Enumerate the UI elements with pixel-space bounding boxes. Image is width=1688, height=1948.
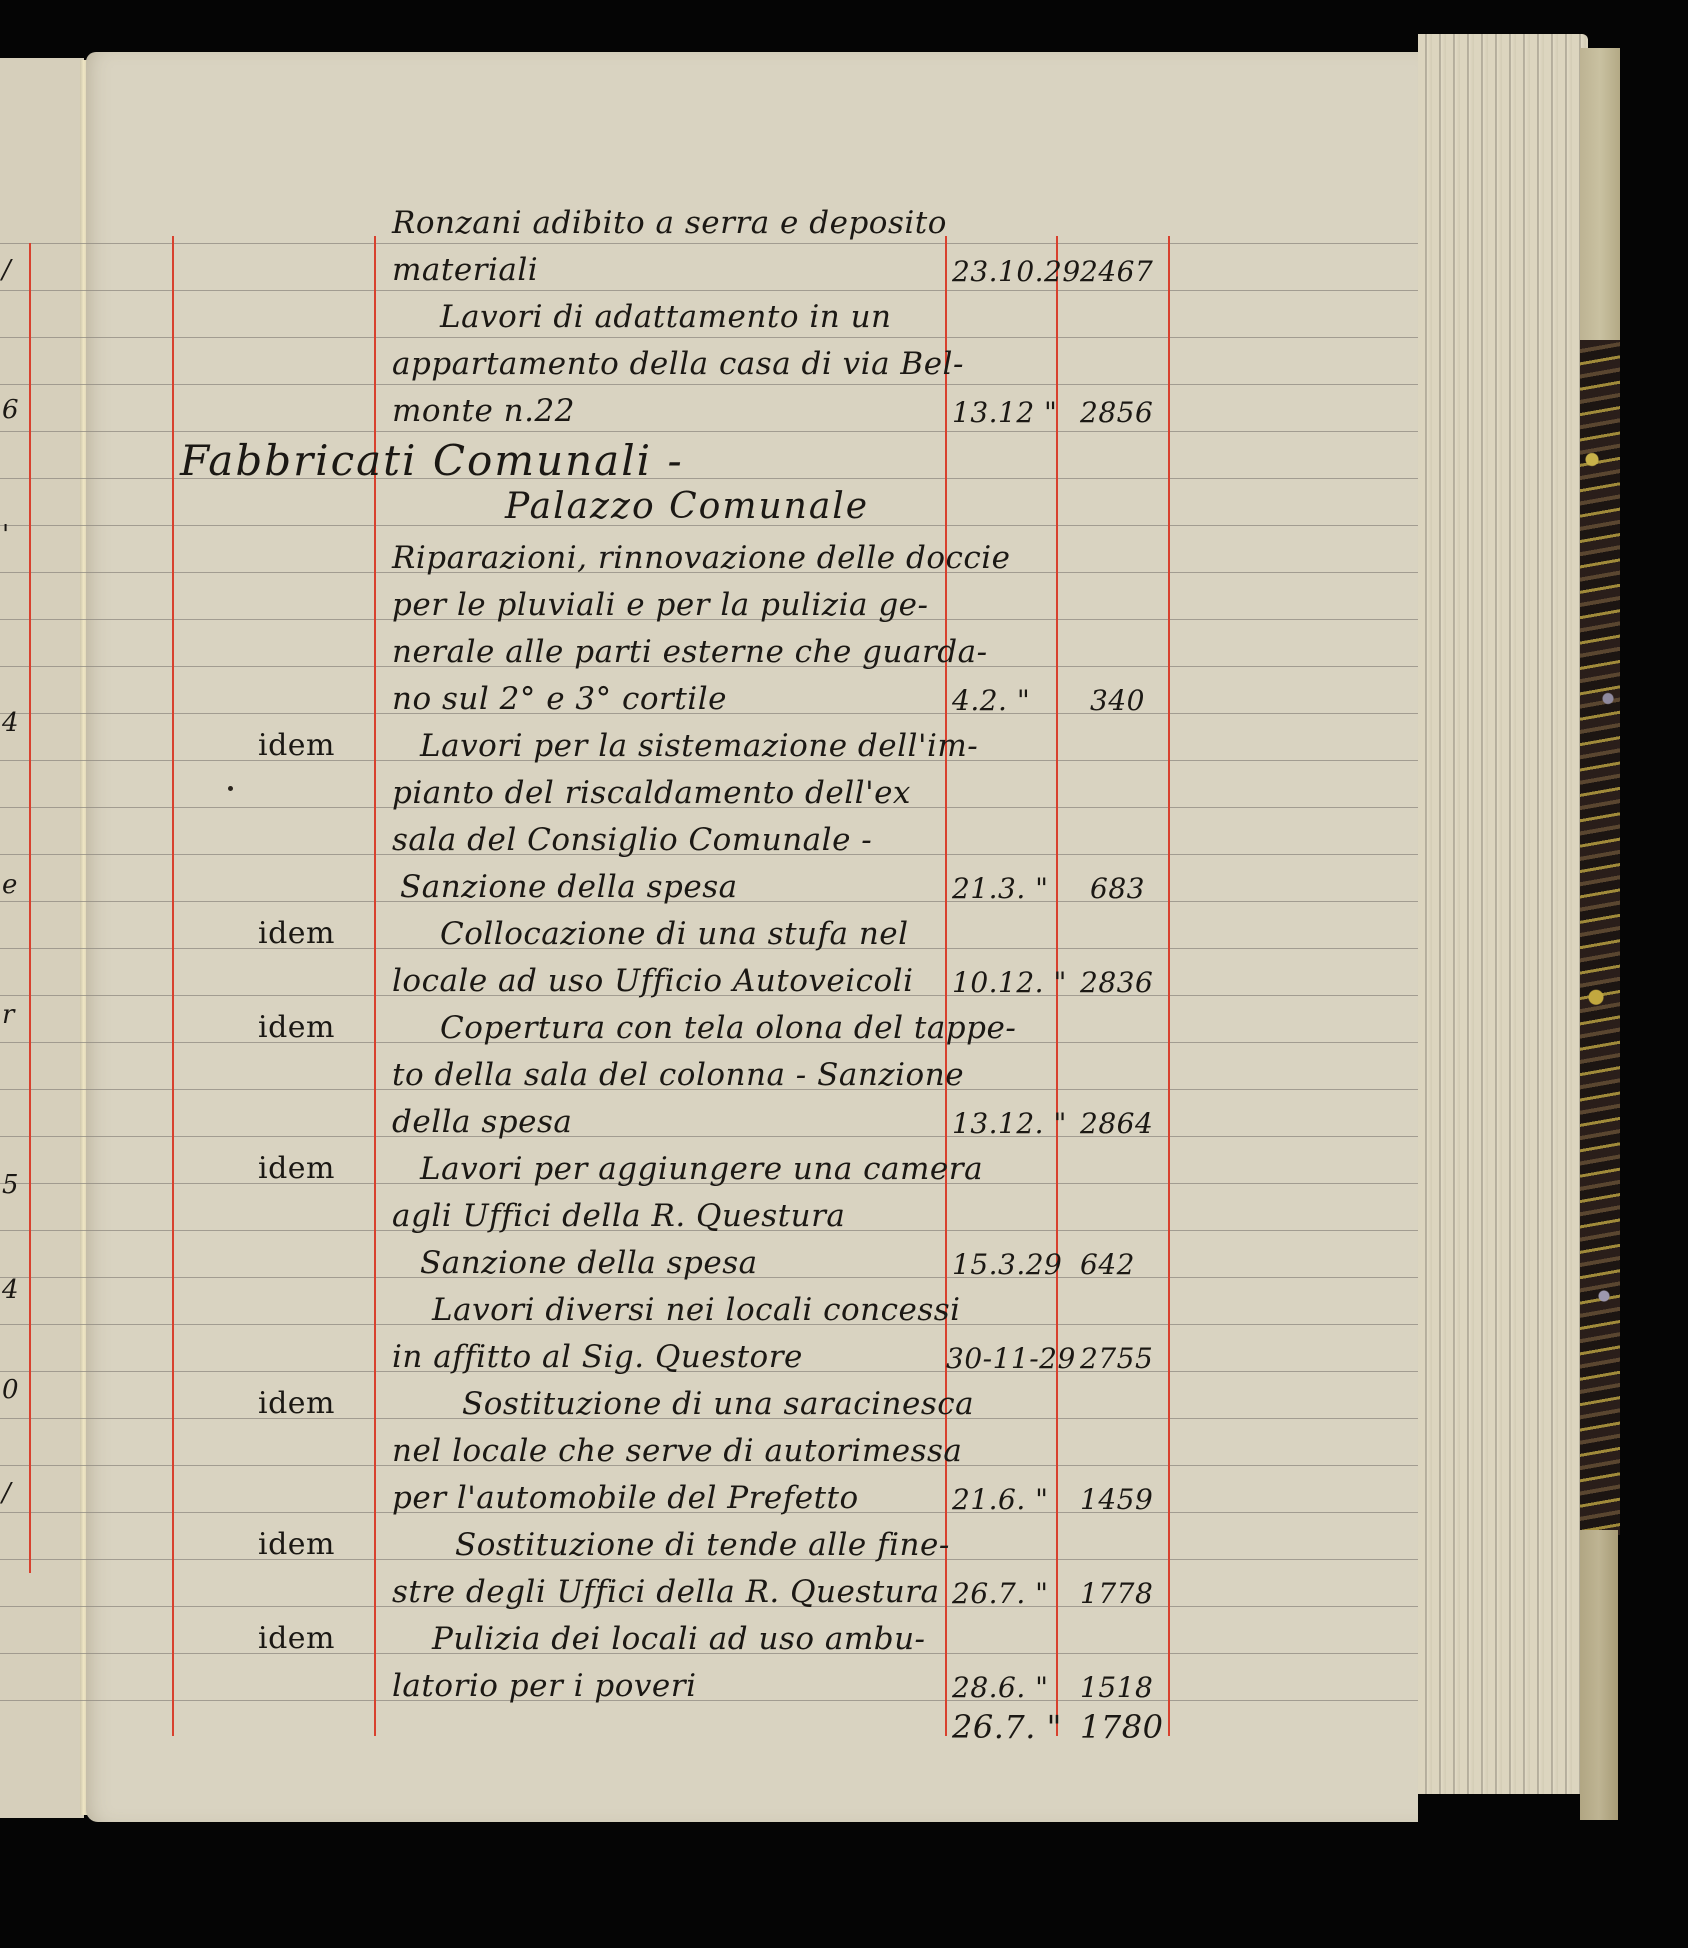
left-page-fragment bbox=[0, 58, 84, 1818]
entry-number: 1459 bbox=[1080, 1483, 1153, 1516]
entry-number: 2864 bbox=[1080, 1107, 1153, 1140]
left-page-mark: 4 bbox=[2, 1275, 19, 1305]
left-page-mark: 5 bbox=[2, 1170, 19, 1200]
entry-line: Lavori diversi nei locali concessi bbox=[432, 1292, 961, 1328]
entry-line: locale ad uso Ufficio Autoveicoli bbox=[392, 963, 914, 999]
entry-date: 26.7. " bbox=[952, 1577, 1049, 1610]
entry-number: 2467 bbox=[1080, 255, 1153, 288]
page-edges-stack bbox=[1418, 34, 1588, 1794]
entry-line: per l'automobile del Prefetto bbox=[392, 1480, 859, 1516]
ruled-line bbox=[0, 384, 1418, 385]
entry-number: 1518 bbox=[1080, 1671, 1153, 1704]
left-page-mark: e bbox=[2, 870, 18, 900]
left-page-mark: 6 bbox=[2, 395, 19, 425]
entry-number: 2856 bbox=[1080, 396, 1153, 429]
entry-line: Sanzione della spesa bbox=[400, 869, 738, 905]
entry-line: monte n.22 bbox=[392, 393, 575, 429]
entry-line: pianto del riscaldamento dell'ex bbox=[392, 775, 911, 811]
entry-number: 2836 bbox=[1080, 966, 1153, 999]
category-idem: idem bbox=[258, 916, 335, 951]
left-page-red-rule bbox=[29, 243, 31, 1573]
entry-date: 21.6. " bbox=[952, 1483, 1049, 1516]
entry-number: 683 bbox=[1090, 872, 1145, 905]
ledger-book: / 6 ' 4 e r 5 4 0 / Fabbricati Comunali … bbox=[0, 0, 1688, 1948]
ruled-line bbox=[0, 290, 1418, 291]
entry-line: della spesa bbox=[392, 1104, 572, 1140]
red-column-rule bbox=[172, 236, 174, 1736]
entry-line: Pulizia dei locali ad uso ambu- bbox=[432, 1621, 926, 1657]
left-page-mark: / bbox=[2, 255, 11, 285]
entry-line: in affitto al Sig. Questore bbox=[392, 1339, 803, 1375]
category-idem: idem bbox=[258, 1386, 335, 1421]
ruled-line bbox=[0, 431, 1418, 432]
entry-line: nerale alle parti esterne che guarda- bbox=[392, 634, 988, 670]
category-idem: idem bbox=[258, 1527, 335, 1562]
ink-dot bbox=[228, 786, 233, 791]
entry-line: Ronzani adibito a serra e deposito bbox=[392, 205, 947, 241]
entry-date: 21.3. " bbox=[952, 872, 1049, 905]
section-subheading: Palazzo Comunale bbox=[505, 486, 869, 527]
cover-leather-top bbox=[1580, 48, 1620, 343]
entry-line: Lavori per aggiungere una camera bbox=[420, 1151, 983, 1187]
category-idem: idem bbox=[258, 1621, 335, 1656]
entry-line: to della sala del colonna - Sanzione bbox=[392, 1057, 964, 1093]
entry-number: 1780 bbox=[1080, 1708, 1163, 1746]
entry-date: 28.6. " bbox=[952, 1671, 1049, 1704]
entry-line: Lavori per la sistemazione dell'im- bbox=[420, 728, 978, 764]
left-page-mark: 0 bbox=[2, 1375, 19, 1405]
entry-line: per le pluviali e per la pulizia ge- bbox=[392, 587, 929, 623]
entry-line: Sostituzione di una saracinesca bbox=[462, 1386, 974, 1422]
entry-line: Collocazione di una stufa nel bbox=[440, 916, 909, 952]
entry-number: 642 bbox=[1080, 1248, 1135, 1281]
entry-line: agli Uffici della R. Questura bbox=[392, 1198, 845, 1234]
entry-line: Copertura con tela olona del tappe- bbox=[440, 1010, 1016, 1046]
entry-line: latorio per i poveri bbox=[392, 1668, 697, 1704]
entry-date: 10.12. " bbox=[952, 966, 1067, 999]
entry-line: nel locale che serve di autorimessa bbox=[392, 1433, 962, 1469]
ruled-line bbox=[0, 1136, 1418, 1137]
category-idem: idem bbox=[258, 1010, 335, 1045]
entry-number: 340 bbox=[1090, 684, 1145, 717]
entry-date: 30-11-29 bbox=[946, 1342, 1076, 1375]
left-page-mark: 4 bbox=[2, 708, 19, 738]
ruled-line bbox=[0, 243, 1418, 244]
entry-date: 4.2. " bbox=[952, 684, 1030, 717]
entry-date: 26.7. " bbox=[952, 1708, 1062, 1746]
entry-date: 23.10.29 bbox=[952, 255, 1081, 288]
entry-line: materiali bbox=[392, 252, 538, 288]
left-page-mark: ' bbox=[2, 520, 10, 550]
ruled-line bbox=[0, 337, 1418, 338]
entry-date: 13.12 " bbox=[952, 396, 1057, 429]
cover-marbled-board bbox=[1580, 340, 1620, 1535]
red-column-rule bbox=[945, 236, 947, 1736]
entry-number: 1778 bbox=[1080, 1577, 1153, 1610]
red-column-rule bbox=[1168, 236, 1170, 1736]
entry-line: no sul 2° e 3° cortile bbox=[392, 681, 727, 717]
entry-date: 15.3.29 bbox=[952, 1248, 1062, 1281]
entry-line: stre degli Uffici della R. Questura bbox=[392, 1574, 939, 1610]
entry-date: 13.12. " bbox=[952, 1107, 1067, 1140]
entry-line: Sostituzione di tende alle fine- bbox=[455, 1527, 950, 1563]
category-idem: idem bbox=[258, 728, 335, 763]
entry-line: sala del Consiglio Comunale - bbox=[392, 822, 872, 858]
entry-line: Lavori di adattamento in un bbox=[440, 299, 892, 335]
category-idem: idem bbox=[258, 1151, 335, 1186]
left-page-mark: r bbox=[2, 1000, 15, 1030]
entry-number: 2755 bbox=[1080, 1342, 1153, 1375]
ruled-line bbox=[0, 1700, 1418, 1701]
entry-line: Riparazioni, rinnovazione delle doccie bbox=[392, 540, 1011, 576]
entry-line: Sanzione della spesa bbox=[420, 1245, 758, 1281]
left-page-mark: / bbox=[2, 1478, 11, 1508]
section-heading: Fabbricati Comunali - bbox=[180, 436, 684, 485]
cover-leather-bottom bbox=[1580, 1530, 1618, 1820]
entry-line: appartamento della casa di via Bel- bbox=[392, 346, 964, 382]
